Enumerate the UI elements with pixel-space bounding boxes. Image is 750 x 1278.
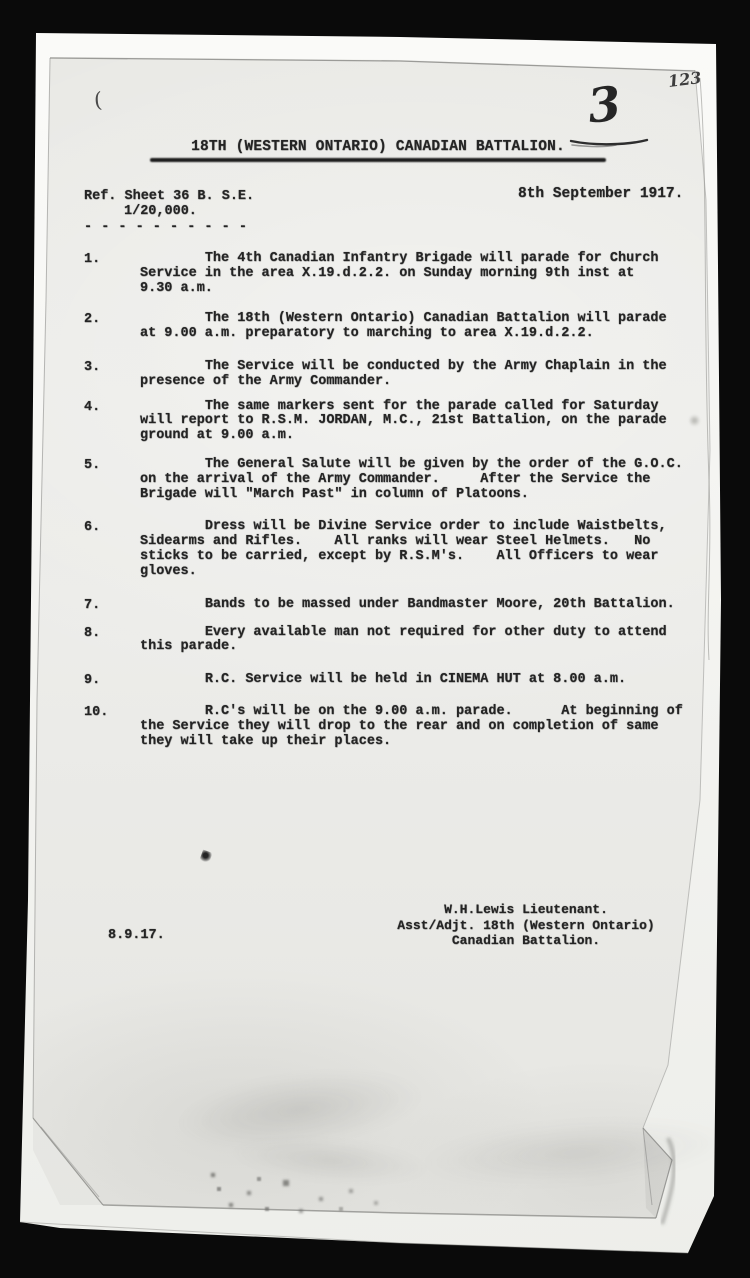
document-date: 8th September 1917.	[518, 186, 683, 202]
signature-block: W.H.Lewis Lieutenant. Asst/Adjt. 18th (W…	[382, 902, 670, 949]
order-item: 5. The General Salute will be given by t…	[84, 458, 698, 502]
signature-title-line: Asst/Adjt. 18th (Western Ontario)	[382, 918, 670, 934]
order-item: 7. Bands to be massed under Bandmaster M…	[84, 598, 698, 613]
order-text: Dress will be Divine Service order to in…	[140, 520, 698, 579]
order-item: 10. R.C's will be on the 9.00 a.m. parad…	[84, 705, 698, 749]
order-number: 2.	[84, 312, 140, 342]
order-number: 5.	[84, 458, 140, 502]
order-number: 9.	[84, 673, 140, 688]
order-text: The 18th (Western Ontario) Canadian Batt…	[140, 312, 698, 342]
signature-date: 8.9.17.	[108, 928, 165, 943]
map-reference-block: Ref. Sheet 36 B. S.E. 1/20,000. - - - - …	[84, 189, 254, 235]
order-item: 1. The 4th Canadian Infantry Brigade wil…	[84, 252, 698, 296]
map-scale-line: 1/20,000.	[84, 204, 254, 219]
order-text: The same markers sent for the parade cal…	[140, 400, 698, 444]
order-number: 7.	[84, 598, 140, 613]
stray-pencil-mark: (	[93, 88, 103, 113]
order-text: Every available man not required for oth…	[140, 626, 698, 656]
order-number: 8.	[84, 626, 140, 656]
order-text: The General Salute will be given by the …	[140, 458, 698, 502]
pencil-speckles	[200, 1168, 202, 1170]
map-reference-line: Ref. Sheet 36 B. S.E.	[84, 189, 254, 204]
signature-unit-line: Canadian Battalion.	[382, 933, 670, 949]
order-item: 8. Every available man not required for …	[84, 626, 698, 656]
order-number: 4.	[84, 400, 140, 444]
handwritten-corner-number: 123	[667, 68, 702, 91]
signature-name-line: W.H.Lewis Lieutenant.	[382, 902, 670, 918]
order-number: 6.	[84, 520, 140, 579]
scanned-document-page: { "colors": { "scanner_background": "#0a…	[0, 0, 750, 1278]
order-text: The 4th Canadian Infantry Brigade will p…	[140, 252, 698, 296]
handwritten-page-number: 3	[585, 76, 623, 134]
title-underline	[150, 158, 606, 162]
order-number: 3.	[84, 360, 140, 390]
order-item: 3. The Service will be conducted by the …	[84, 360, 698, 390]
paper-stain	[689, 414, 700, 427]
order-text: R.C. Service will be held in CINEMA HUT …	[140, 673, 698, 688]
order-text: The Service will be conducted by the Arm…	[140, 360, 698, 390]
order-number: 1.	[84, 252, 140, 296]
order-number: 10.	[84, 705, 140, 749]
order-item: 4. The same markers sent for the parade …	[84, 400, 698, 444]
order-item: 9. R.C. Service will be held in CINEMA H…	[84, 673, 698, 688]
order-item: 2. The 18th (Western Ontario) Canadian B…	[84, 312, 698, 342]
document-title: 18TH (WESTERN ONTARIO) CANADIAN BATTALIO…	[152, 139, 604, 155]
order-text: R.C's will be on the 9.00 a.m. parade. A…	[140, 705, 698, 749]
orders-list: 1. The 4th Canadian Infantry Brigade wil…	[84, 252, 698, 750]
order-item: 6. Dress will be Divine Service order to…	[84, 520, 698, 579]
order-text: Bands to be massed under Bandmaster Moor…	[140, 598, 698, 613]
dashed-divider: - - - - - - - - - -	[84, 220, 254, 235]
